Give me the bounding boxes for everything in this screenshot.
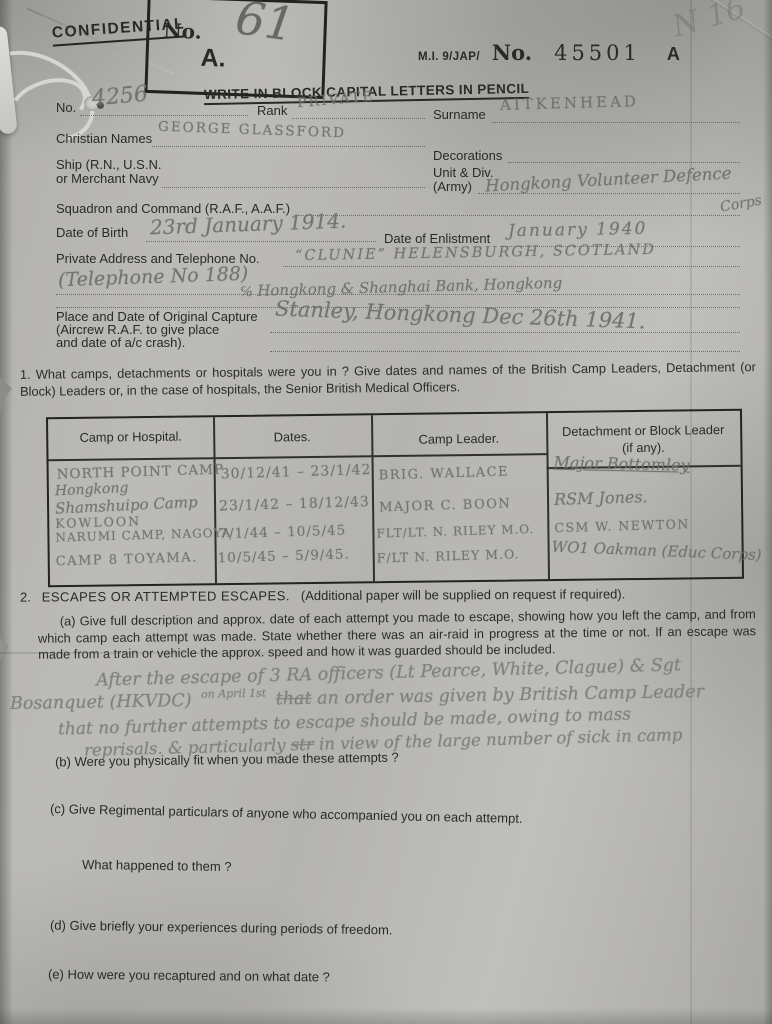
mi9-reference: M.I. 9/JAP/ No. 45501 A [418,40,680,65]
mi9-number: 45501 [554,41,641,65]
table-row-leader: BRIG. WALLACE [379,464,510,483]
capture-label-line3: and date of a/c crash). [56,335,185,350]
paper-tear [0,378,12,412]
surname-label: Surname [433,107,486,122]
table-row-detachment: WO1 Oakman (Educ Corps) [551,538,762,564]
escape-answer-insertion: on April 1st [201,687,266,701]
christian-names-label: Christian Names [56,131,152,146]
dotted-line [80,114,248,116]
table-row-dates: 7/1/44 – 10/5/45 [219,522,346,542]
table-row-leader: FLT/LT. N. RILEY M.O. [376,522,534,541]
table-row-camp: CAMP 8 TOYAMA. [56,550,198,569]
christian-names-value: GEORGE GLASSFORD [158,119,346,142]
question-2e: (e) How were you recaptured and on what … [48,967,330,985]
dotted-line [152,145,425,147]
table-header-camp: Camp or Hospital. [48,428,213,445]
question-1: 1. What camps, detachments or hospitals … [20,359,756,400]
table-row-dates: 23/1/42 – 18/12/43 [219,494,370,514]
date-of-birth-label: Date of Birth [56,225,128,240]
mi9-prefix: M.I. 9/JAP/ [418,51,480,63]
private-address-value-line1: “CLUNIE” HELENSBURGH, SCOTLAND [295,242,656,264]
stamp-no-label: No. [163,18,202,43]
table-row-detachment: CSM W. NEWTON [554,516,690,535]
table-header-dates: Dates. [213,428,371,445]
section2-heading: 2. ESCAPES OR ATTEMPTED ESCAPES. (Additi… [20,586,625,604]
unit-label-line2: (Army) [433,179,472,194]
scanned-pow-questionnaire: CONFIDENTIAL No. A. 61 M.I. 9/JAP/ No. 4… [0,0,772,1024]
dotted-line [56,293,740,295]
ship-label-line2: or Merchant Navy [56,171,159,186]
mi9-no-label: No. [492,40,532,65]
private-address-value-line2-left: (Telephone No 188) [58,263,249,292]
unit-value-overflow: Corps [719,192,763,215]
table-header-divider [49,453,548,461]
rank-label: Rank [257,103,287,118]
dotted-line [162,186,425,188]
dotted-line [292,117,425,119]
paper-tear [0,638,9,660]
no-label: No. [56,100,76,115]
camps-table: Camp or Hospital. Dates. Camp Leader. De… [46,409,744,587]
date-of-enlistment-value: January 1940 [508,219,648,241]
dotted-line [298,214,740,216]
table-header-detachment: Detachment or Block Leader (if any). [546,421,740,458]
question-2c: (c) Give Regimental particulars of anyon… [50,801,523,826]
question-2c2: What happened to them ? [82,857,232,874]
escape-answer-line2-end: an order was given by British Camp Leade… [317,682,704,709]
no-value: 4256 [91,82,149,112]
decorations-label: Decorations [433,148,502,163]
question-2a: (a) Give full description and approx. da… [38,606,756,663]
dotted-line [146,240,376,242]
stamp-a-label: A. [200,44,226,74]
section2-note: (Additional paper will be supplied on re… [301,586,626,603]
section2-number: 2. [20,590,31,605]
dotted-line [270,331,740,333]
escape-answer-struck-word: that [276,689,312,710]
ship-label-line1: Ship (R.N., U.S.N. [56,157,161,172]
capture-value: Stanley, Hongkong Dec 26th 1941. [275,297,646,334]
section2-title: ESCAPES OR ATTEMPTED ESCAPES. [42,588,290,604]
date-of-enlistment-label: Date of Enlistment [384,231,490,246]
unit-value: Hongkong Volunteer Defence [485,164,732,196]
stamp-number-handwritten: 61 [232,0,297,52]
dotted-line [283,265,740,267]
dotted-line [270,350,740,352]
table-row-dates: 30/12/41 – 23/1/42 [220,462,371,482]
mi9-suffix: A [667,44,680,65]
surname-value: AITKENHEAD [500,92,639,114]
corner-pencil-note: N 16 [669,0,750,45]
dotted-line [508,161,740,163]
escape-answer-line2-start: Bosanquet (HKVDC) [10,691,192,714]
question-2d: (d) Give briefly your experiences during… [50,918,393,938]
table-row-detachment: Major Bottomley [553,453,689,475]
table-row-dates: 10/5/45 – 5/9/45. [217,546,350,566]
file-number-stamp-box: No. A. 61 [144,0,327,99]
dotted-line [492,121,740,123]
table-row-leader: F/LT N. RILEY M.O. [377,546,520,565]
table-header-leader: Camp Leader. [371,430,546,447]
table-row-detachment: RSM Jones. [554,487,648,509]
table-row-leader: MAJOR C. BOON [379,496,512,515]
table-row-camp: NORTH POINT CAMP [56,462,224,483]
